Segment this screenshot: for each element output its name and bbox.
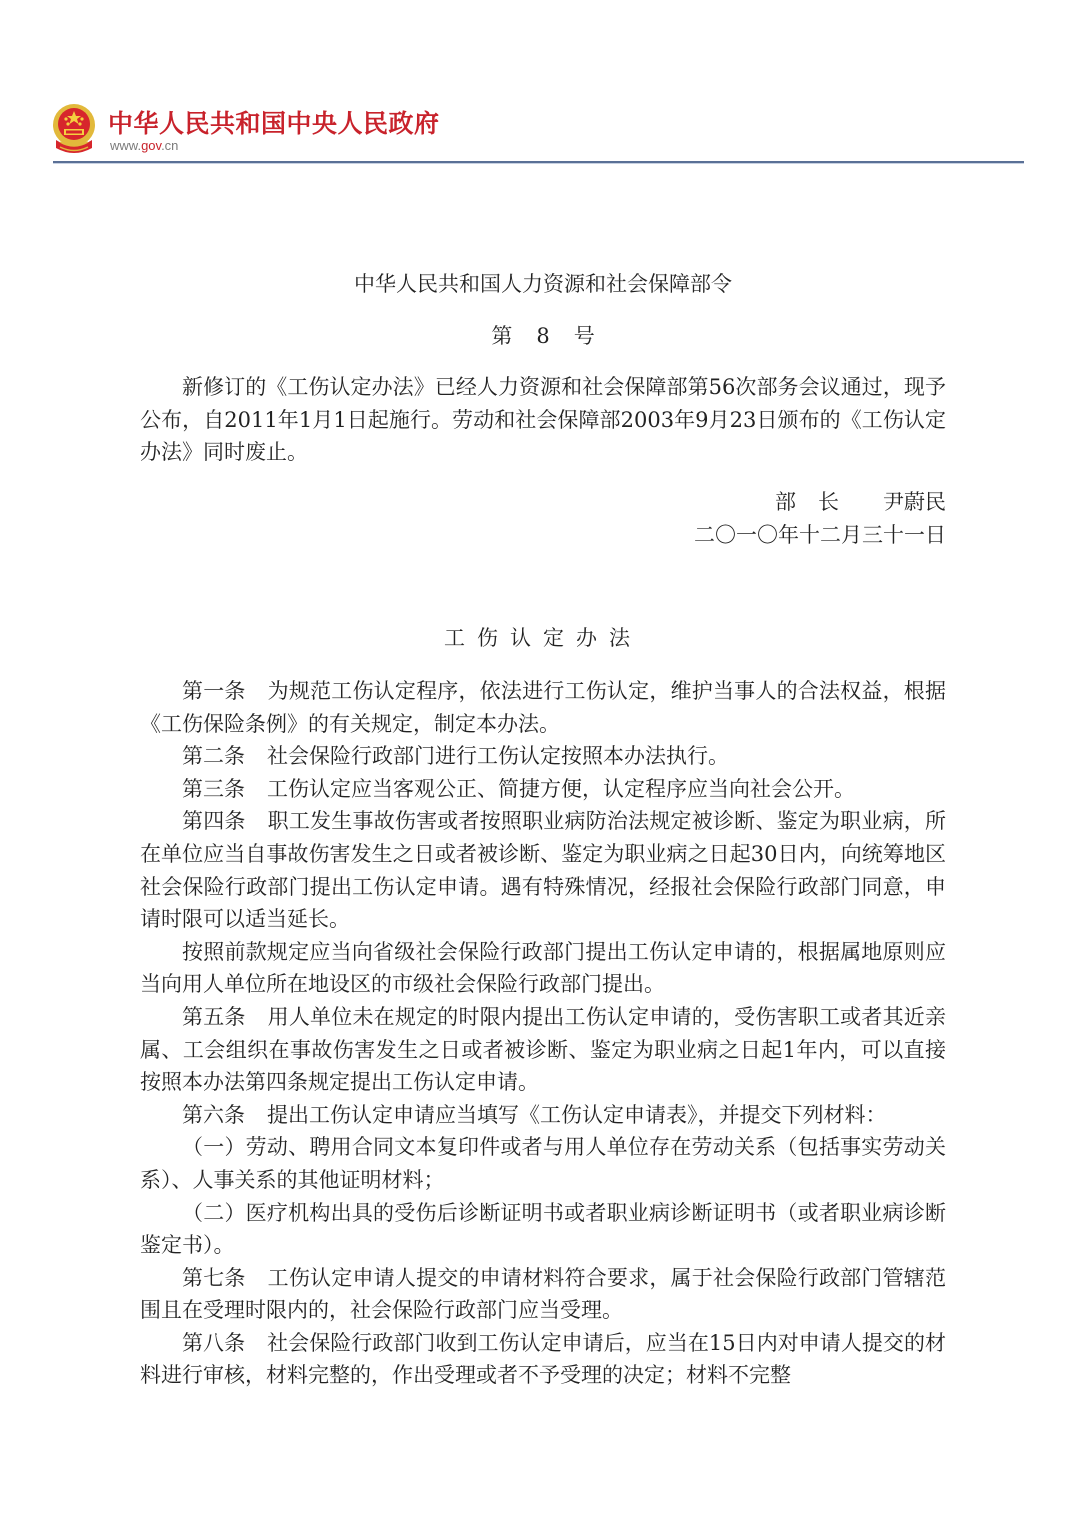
article-text: 用人单位未在规定的时限内提出工伤认定申请的，受伤害职工或者其近亲属、工会组织在事… — [140, 1005, 946, 1094]
articles: 第一条为规范工伤认定程序，依法进行工伤认定，维护当事人的合法权益，根据《工伤保险… — [140, 675, 946, 1392]
site-url[interactable]: www.gov.cn — [110, 138, 178, 153]
article-text: （二）医疗机构出具的受伤后诊断证明书或者职业病诊断证明书（或者职业病诊断鉴定书）… — [140, 1201, 946, 1258]
article-text: 按照前款规定应当向省级社会保险行政部门提出工伤认定申请的，根据属地原则应当向用人… — [140, 940, 946, 997]
signer-title-2: 长 — [818, 490, 839, 514]
article-2: 第二条社会保险行政部门进行工伤认定按照本办法执行。 — [140, 740, 946, 773]
article-label: 第一条 — [182, 679, 246, 703]
article-6-item-2: （二）医疗机构出具的受伤后诊断证明书或者职业病诊断证明书（或者职业病诊断鉴定书）… — [140, 1197, 946, 1262]
decree-number: 第8号 — [140, 320, 946, 353]
article-label: 第八条 — [182, 1331, 245, 1355]
article-8: 第八条社会保险行政部门收到工伤认定申请后，应当在15日内对申请人提交的材料进行审… — [140, 1327, 946, 1392]
article-text: 工伤认定应当客观公正、简捷方便，认定程序应当向社会公开。 — [267, 777, 855, 801]
article-text: 为规范工伤认定程序，依法进行工伤认定，维护当事人的合法权益，根据《工伤保险条例》… — [140, 679, 946, 736]
article-label: 第二条 — [182, 744, 245, 768]
signer-name: 尹蔚民 — [883, 490, 946, 514]
decree-number-suffix: 号 — [574, 324, 595, 348]
article-label: 第五条 — [182, 1005, 246, 1029]
article-text: 社会保险行政部门进行工伤认定按照本办法执行。 — [267, 744, 729, 768]
law-title: 工伤认定办法 — [140, 622, 946, 655]
signer-row: 部长尹蔚民 — [140, 486, 946, 519]
article-label: 第三条 — [182, 777, 245, 801]
decree-body: 新修订的《工伤认定办法》已经人力资源和社会保障部第56次部务会议通过，现予公布，… — [140, 371, 946, 469]
article-text: 社会保险行政部门收到工伤认定申请后，应当在15日内对申请人提交的材料进行审核，材… — [140, 1331, 946, 1388]
decree-number-value: 8 — [536, 324, 549, 348]
article-6: 第六条提出工伤认定申请应当填写《工伤认定申请表》，并提交下列材料： — [140, 1099, 946, 1132]
site-title[interactable]: 中华人民共和国中央人民政府 — [108, 104, 440, 140]
article-7: 第七条工伤认定申请人提交的申请材料符合要求，属于社会保险行政部门管辖范围且在受理… — [140, 1262, 946, 1327]
signature-block: 部长尹蔚民 二〇一〇年十二月三十一日 — [140, 486, 946, 551]
article-text: （一）劳动、聘用合同文本复印件或者与用人单位存在劳动关系（包括事实劳动关系）、人… — [140, 1135, 946, 1192]
url-suffix: .cn — [161, 138, 178, 153]
article-label: 第四条 — [182, 809, 246, 833]
national-emblem-icon — [50, 102, 98, 156]
signer-title-1: 部 — [775, 490, 796, 514]
article-4: 第四条职工发生事故伤害或者按照职业病防治法规定被诊断、鉴定为职业病，所在单位应当… — [140, 805, 946, 935]
decree-number-prefix: 第 — [491, 324, 512, 348]
url-accent: gov — [141, 138, 161, 153]
article-label: 第六条 — [182, 1103, 245, 1127]
article-label: 第七条 — [182, 1266, 246, 1290]
article-3: 第三条工伤认定应当客观公正、简捷方便，认定程序应当向社会公开。 — [140, 773, 946, 806]
decree-title: 中华人民共和国人力资源和社会保障部令 — [140, 268, 946, 301]
site-header: 中华人民共和国中央人民政府 www.gov.cn — [50, 100, 1025, 162]
article-4-paragraph-2: 按照前款规定应当向省级社会保险行政部门提出工伤认定申请的，根据属地原则应当向用人… — [140, 936, 946, 1001]
article-5: 第五条用人单位未在规定的时限内提出工伤认定申请的，受伤害职工或者其近亲属、工会组… — [140, 1001, 946, 1099]
article-text: 工伤认定申请人提交的申请材料符合要求，属于社会保险行政部门管辖范围且在受理时限内… — [140, 1266, 946, 1323]
decree-date: 二〇一〇年十二月三十一日 — [140, 519, 946, 552]
article-6-item-1: （一）劳动、聘用合同文本复印件或者与用人单位存在劳动关系（包括事实劳动关系）、人… — [140, 1131, 946, 1196]
header-divider-shadow — [53, 163, 1024, 164]
article-text: 职工发生事故伤害或者按照职业病防治法规定被诊断、鉴定为职业病，所在单位应当自事故… — [140, 809, 946, 931]
url-prefix: www. — [110, 138, 141, 153]
article-1: 第一条为规范工伤认定程序，依法进行工伤认定，维护当事人的合法权益，根据《工伤保险… — [140, 675, 946, 740]
article-text: 提出工伤认定申请应当填写《工伤认定申请表》，并提交下列材料： — [267, 1103, 887, 1127]
